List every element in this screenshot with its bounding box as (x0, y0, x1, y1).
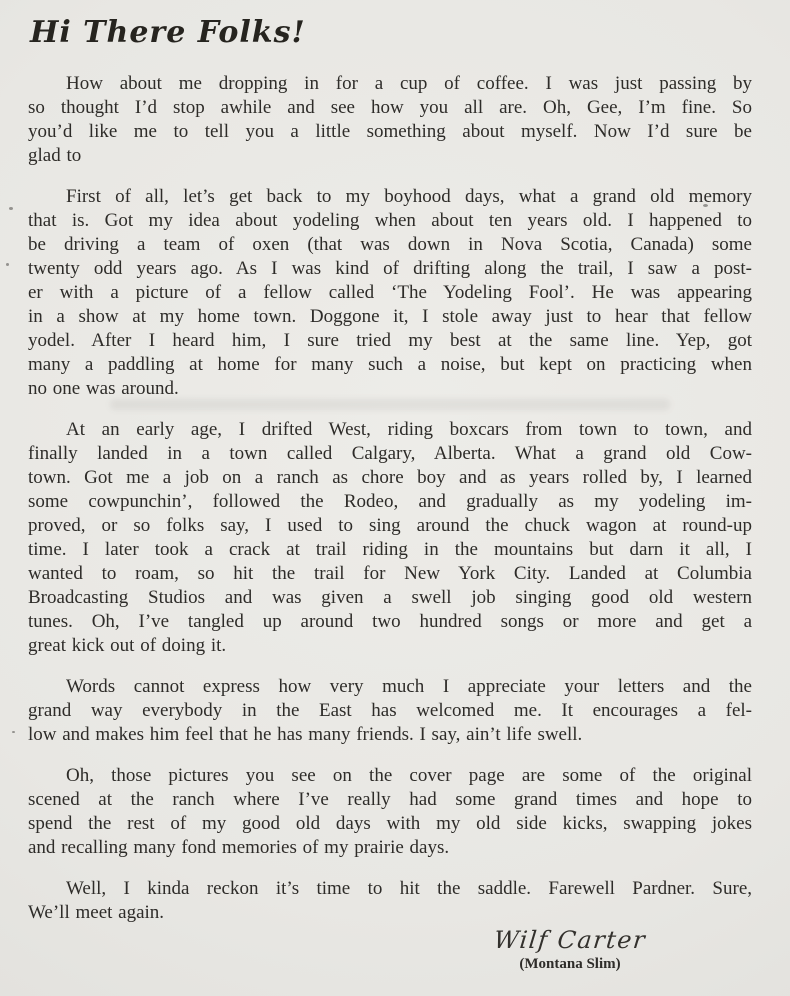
text-line: grand way everybody in the East has welc… (28, 699, 752, 723)
text-line: glad to (28, 144, 752, 168)
paragraph: Well, I kinda reckon it’s time to hit th… (28, 877, 752, 925)
scanned-letter-page: Hi There Folks! How about me dropping in… (0, 0, 790, 996)
text-line: First of all, let’s get back to my boyho… (28, 185, 752, 209)
text-line: some cowpunchin’, followed the Rodeo, an… (28, 490, 752, 514)
text-line: time. I later took a crack at trail ridi… (28, 538, 752, 562)
text-line: many a paddling at home for many such a … (28, 353, 752, 377)
text-line: town. Got me a job on a ranch as chore b… (28, 466, 752, 490)
paragraph: Oh, those pictures you see on the cover … (28, 764, 752, 860)
paragraph: At an early age, I drifted West, riding … (28, 418, 752, 658)
text-line: twenty odd years ago. As I was kind of d… (28, 257, 752, 281)
signature-alias: (Montana Slim) (470, 955, 670, 973)
text-line: tunes. Oh, I’ve tangled up around two hu… (28, 610, 752, 634)
signature-block: Wilf Carter (Montana Slim) (470, 926, 670, 973)
text-line: you’d like me to tell you a little somet… (28, 120, 752, 144)
text-line: wanted to roam, so hit the trail for New… (28, 562, 752, 586)
text-line: We’ll meet again. (28, 901, 752, 925)
text-line: that is. Got my idea about yodeling when… (28, 209, 752, 233)
scan-artifact-speck (703, 204, 708, 207)
text-line: Broadcasting Studios and was given a swe… (28, 586, 752, 610)
text-line: At an early age, I drifted West, riding … (28, 418, 752, 442)
text-line: be driving a team of oxen (that was down… (28, 233, 752, 257)
text-line: and recalling many fond memories of my p… (28, 836, 752, 860)
paragraph: Words cannot express how very much I app… (28, 675, 752, 747)
text-line: Oh, those pictures you see on the cover … (28, 764, 752, 788)
paragraph: How about me dropping in for a cup of co… (28, 72, 752, 168)
text-line: so thought I’d stop awhile and see how y… (28, 96, 752, 120)
text-line: proved, or so folks say, I used to sing … (28, 514, 752, 538)
page-title: Hi There Folks! (0, 0, 790, 50)
text-line: How about me dropping in for a cup of co… (28, 72, 752, 96)
scan-artifact-speck (9, 207, 13, 210)
text-line: er with a picture of a fellow called ‘Th… (28, 281, 752, 305)
text-line: yodel. After I heard him, I sure tried m… (28, 329, 752, 353)
text-line: no one was around. (28, 377, 752, 401)
text-line: finally landed in a town called Calgary,… (28, 442, 752, 466)
paragraph: First of all, let’s get back to my boyho… (28, 185, 752, 401)
text-line: spend the rest of my good old days with … (28, 812, 752, 836)
text-line: great kick out of doing it. (28, 634, 752, 658)
scan-artifact-speck (6, 263, 9, 266)
text-line: Well, I kinda reckon it’s time to hit th… (28, 877, 752, 901)
scan-artifact-speck (12, 731, 15, 733)
signature-name: Wilf Carter (469, 926, 672, 954)
text-line: scened at the ranch where I’ve really ha… (28, 788, 752, 812)
letter-body: How about me dropping in for a cup of co… (28, 72, 752, 925)
text-line: low and makes him feel that he has many … (28, 723, 752, 747)
text-line: in a show at my home town. Doggone it, I… (28, 305, 752, 329)
text-line: Words cannot express how very much I app… (28, 675, 752, 699)
